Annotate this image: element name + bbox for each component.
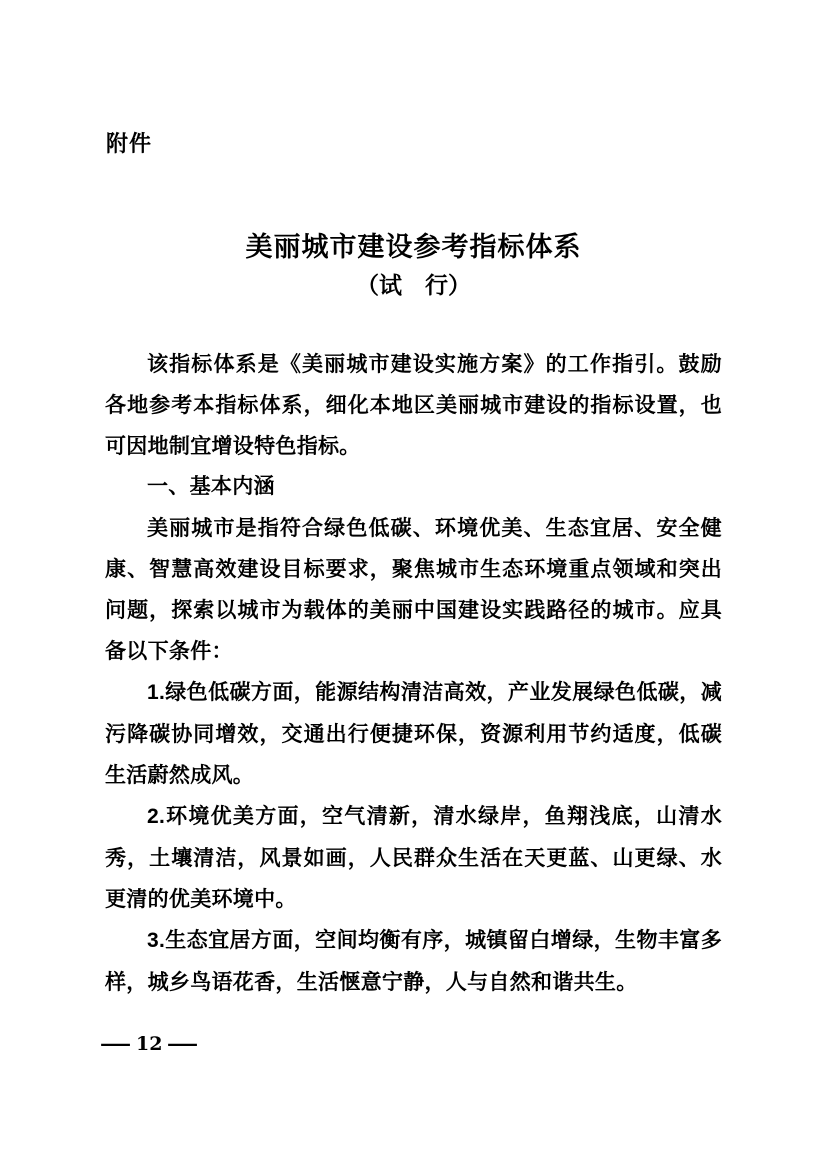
item-lead: 2.环境优美方面， (147, 805, 322, 828)
item-lead: 1.绿色低碳方面， (147, 681, 315, 704)
section-heading: 一、基本内涵 (105, 466, 722, 507)
item-lead: 3.生态宜居方面， (147, 929, 315, 952)
footer-dash-left: — (99, 1033, 131, 1055)
intro-paragraph: 该指标体系是《美丽城市建设实施方案》的工作指引。鼓励各地参考本指标体系，细化本地… (105, 343, 722, 466)
footer-page-number: 12 (136, 1033, 162, 1055)
document-page: 附件 美丽城市建设参考指标体系 （试 行） 该指标体系是《美丽城市建设实施方案》… (0, 0, 827, 1170)
footer-dash-right: — (167, 1033, 199, 1055)
page-subtitle: （试 行） (0, 267, 827, 300)
item-paragraph-beautiful-environment: 2.环境优美方面，空气清新，清水绿岸，鱼翔浅底，山清水秀，土壤清洁，风景如画，人… (105, 795, 722, 919)
item-paragraph-ecological-livability: 3.生态宜居方面，空间均衡有序，城镇留白增绿，生物丰富多样，城乡鸟语花香，生活惬… (105, 919, 722, 1002)
attachment-label: 附件 (106, 127, 152, 158)
item-paragraph-green-low-carbon: 1.绿色低碳方面，能源结构清洁高效，产业发展绿色低碳，减污降碳协同增效，交通出行… (105, 671, 722, 795)
definition-paragraph: 美丽城市是指符合绿色低碳、环境优美、生态宜居、安全健康、智慧高效建设目标要求，聚… (105, 507, 722, 671)
page-title: 美丽城市建设参考指标体系 (0, 225, 827, 264)
document-body: 该指标体系是《美丽城市建设实施方案》的工作指引。鼓励各地参考本指标体系，细化本地… (105, 343, 722, 1002)
page-footer: — 12 — (106, 1033, 192, 1055)
